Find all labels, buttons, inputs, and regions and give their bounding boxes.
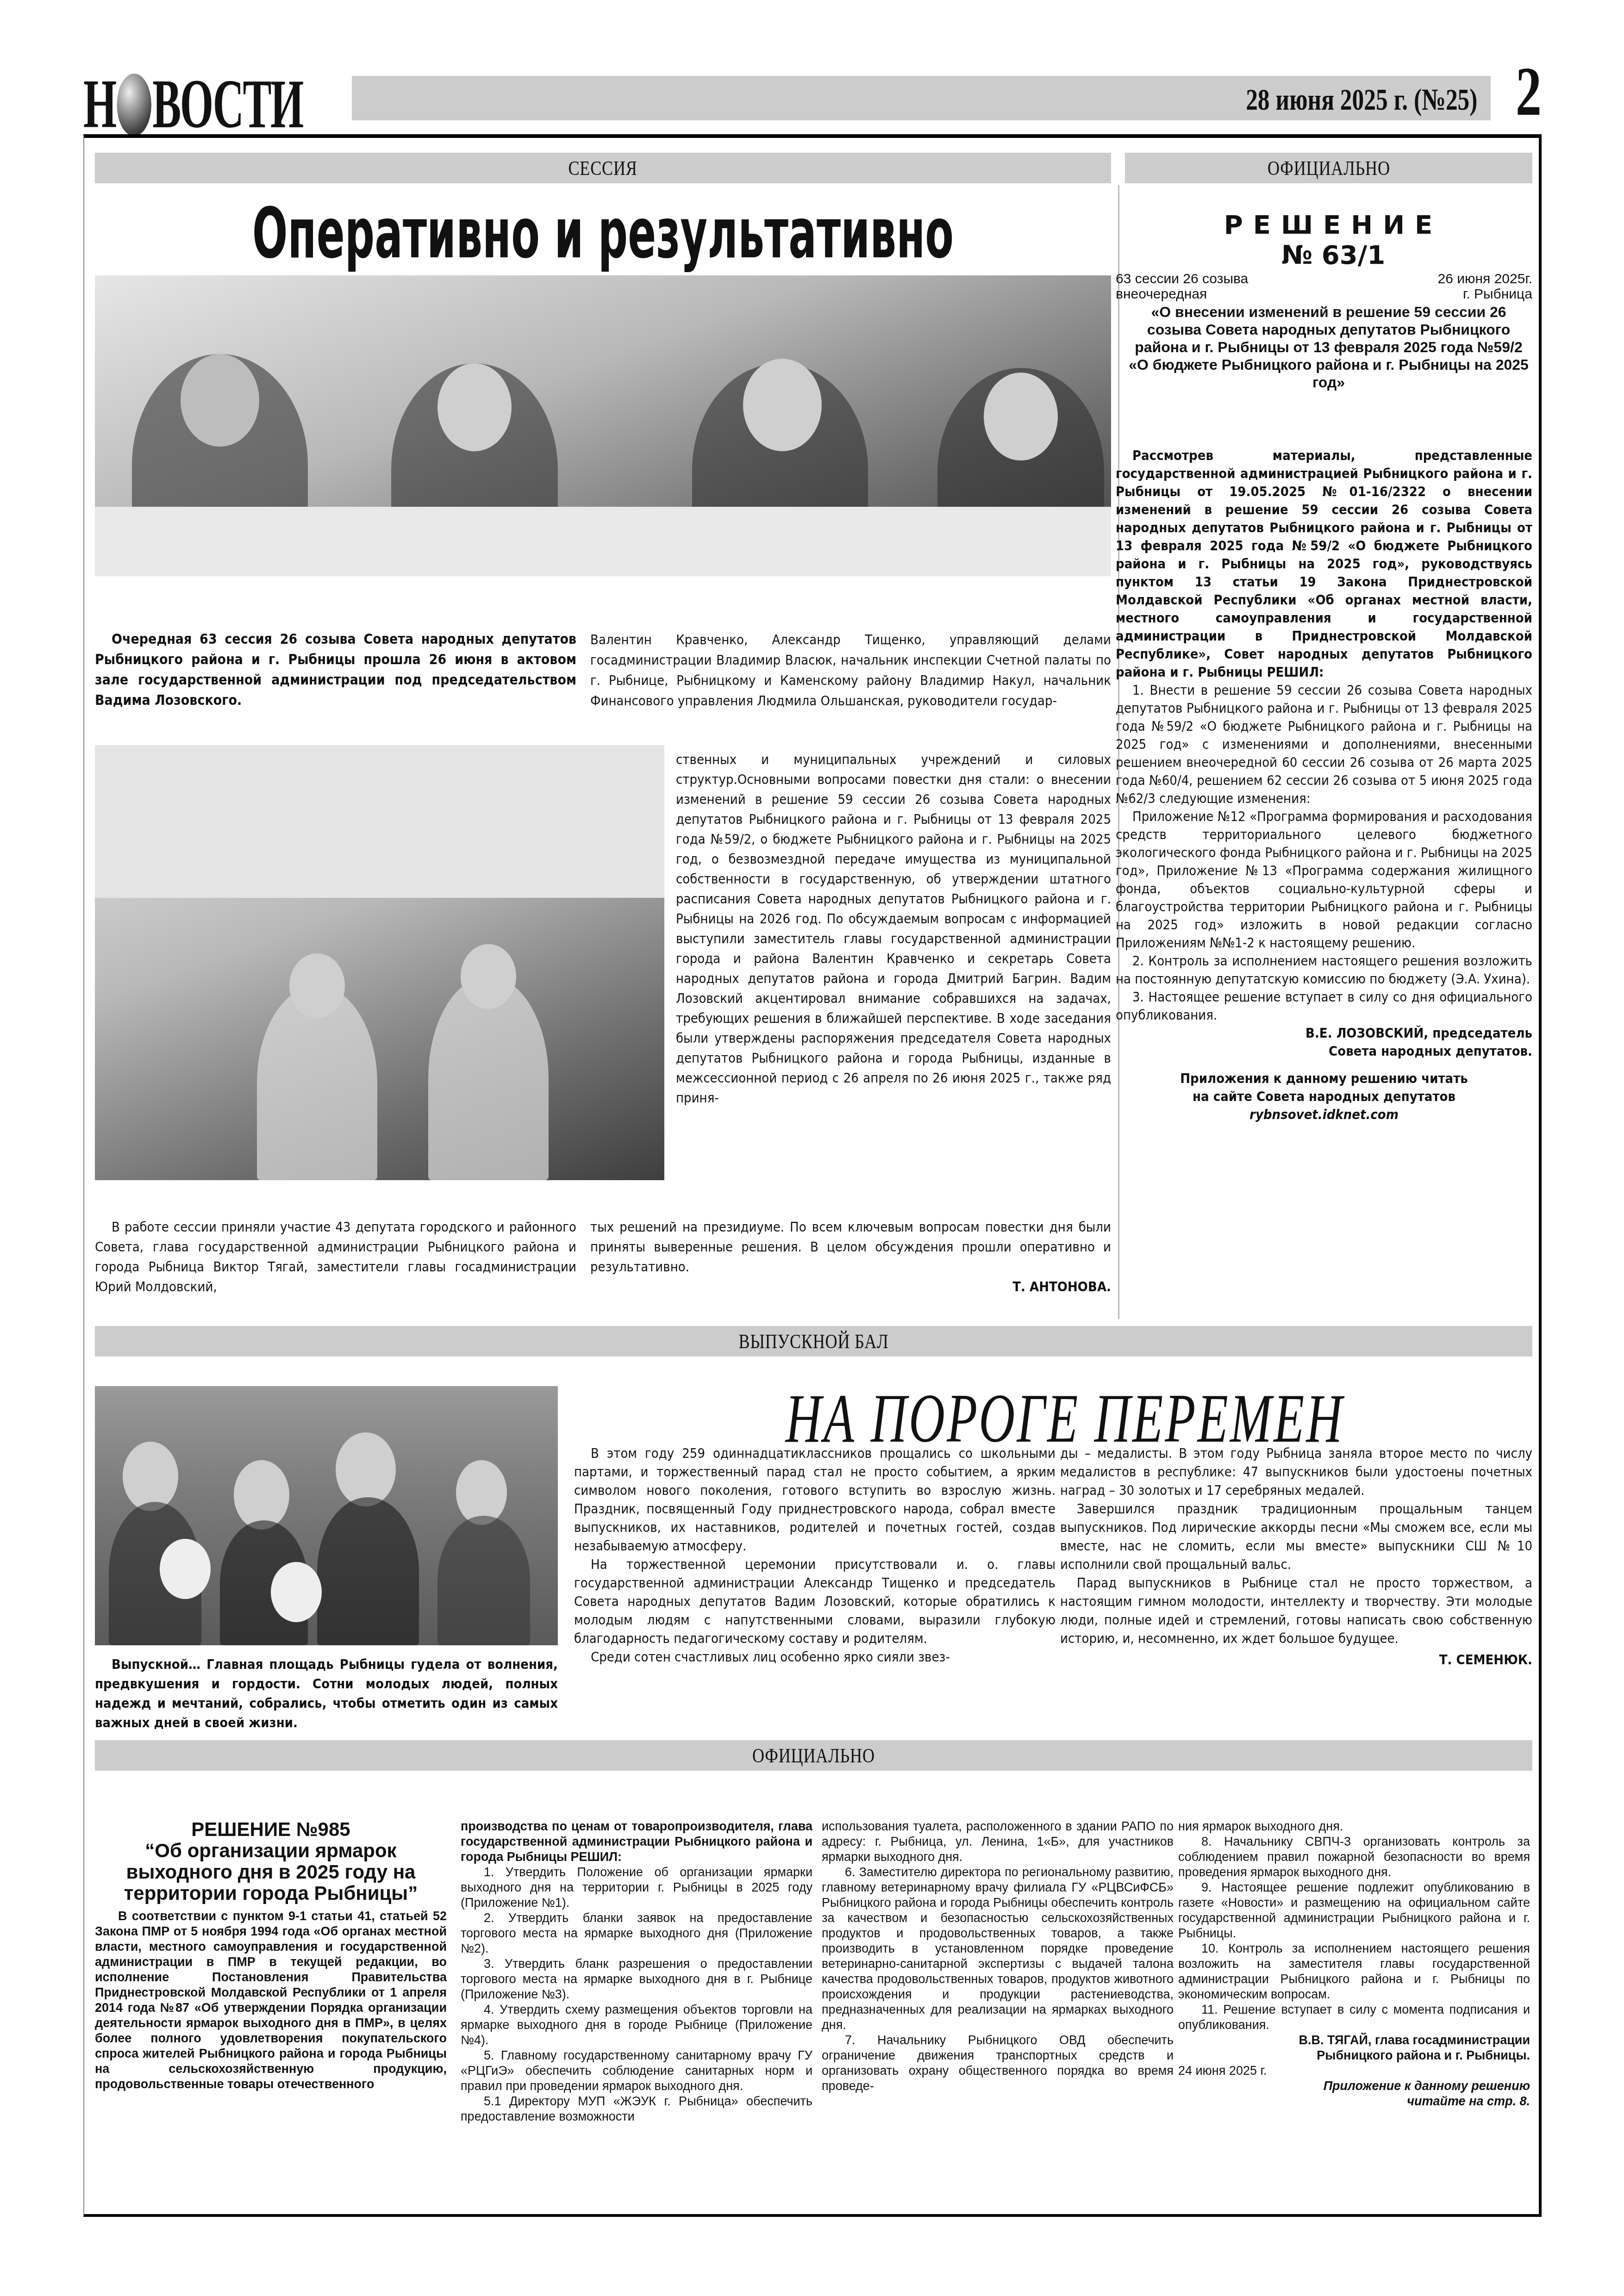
graduation-col-1: В этом году 259 одиннадцатиклассников пр…	[574, 1444, 1056, 1666]
photo-graduates	[95, 1386, 558, 1645]
decision-985-col-2: производства по ценам от товаропроизводи…	[461, 1819, 812, 2124]
graduation-lead: Выпускной… Главная площадь Рыбницы гудел…	[95, 1655, 558, 1732]
decision-meta-1: 63 сессии 26 созыва 26 июня 2025г.	[1116, 271, 1532, 287]
session-col-right-body: ственных и муниципальных учреждений и си…	[676, 750, 1111, 1108]
signature-line-1: В.Е. ЛОЗОВСКИЙ, председатель	[1116, 1024, 1532, 1042]
session-col-right-end: тых решений на президиуме. По всем ключе…	[590, 1217, 1111, 1297]
signature-line-2: Совета народных депутатов.	[1116, 1042, 1532, 1060]
article-headline-graduation: НА ПОРОГЕ ПЕРЕМЕН	[602, 1384, 1528, 1453]
section-header-official-bottom: ОФИЦИАЛЬНО	[95, 1740, 1532, 1771]
issue-date: 28 июня 2025 г. (№25)	[1246, 82, 1478, 118]
decision-date: 24 июня 2025 г.	[1178, 2063, 1530, 2078]
photo-presidium	[95, 275, 1111, 576]
session-lead: Очередная 63 сессия 26 созыва Совета нар…	[95, 629, 576, 711]
decision-subject: «О внесении изменений в решение 59 сесси…	[1125, 303, 1532, 391]
article-headline-session: Оперативно и результативно	[95, 199, 1111, 268]
decision-body: Рассмотрев материалы, представленные гос…	[1116, 447, 1532, 1124]
section-header-official: ОФИЦИАЛЬНО	[1125, 153, 1532, 183]
decision-number: № 63/1	[1125, 241, 1542, 270]
session-col-left-bottom: В работе сессии приняли участие 43 депут…	[95, 1217, 576, 1297]
newspaper-logo: НВОСТИ	[83, 65, 303, 134]
website-link[interactable]: rybnsovet.idknet.com	[1116, 1106, 1532, 1124]
section-header-graduation: ВЫПУСКНОЙ БАЛ	[95, 1326, 1532, 1356]
globe-icon	[117, 74, 151, 136]
graduation-col-2: ды – медалисты. В этом году Рыбница заня…	[1060, 1444, 1532, 1669]
page-number: 2	[1516, 52, 1542, 131]
section-header-session: СЕССИЯ	[95, 153, 1111, 183]
masthead: НВОСТИ 28 июня 2025 г. (№25) 2	[83, 65, 1542, 134]
masthead-bar: 28 июня 2025 г. (№25)	[352, 76, 1491, 120]
session-col-right-top: Валентин Кравченко, Александр Тищенко, у…	[590, 629, 1111, 711]
decision-985-col-3: использования туалета, расположенного в …	[822, 1819, 1174, 2094]
decision-title: РЕШЕНИЕ	[1125, 211, 1542, 240]
photo-audience	[95, 745, 664, 1180]
author-byline: Т. АНТОНОВА.	[590, 1277, 1111, 1297]
decision-meta-2: внеочередная г. Рыбница	[1116, 286, 1532, 303]
decision-985-col-4: ния ярмарок выходного дня. 8. Начальнику…	[1178, 1819, 1530, 2109]
decision-985-subject: “Об организации ярмарок выходного дня в …	[95, 1840, 447, 1904]
author-byline: Т. СЕМЕНЮК.	[1060, 1650, 1532, 1669]
signature-line-2: Рыбницкого района и г. Рыбницы.	[1178, 2048, 1530, 2063]
decision-985-col-1: РЕШЕНИЕ №985 “Об организации ярмарок вых…	[95, 1819, 447, 2092]
signature-line-1: В.В. ТЯГАЙ, глава госадминистрации	[1178, 2033, 1530, 2048]
decision-985-title: РЕШЕНИЕ №985	[95, 1819, 447, 1840]
